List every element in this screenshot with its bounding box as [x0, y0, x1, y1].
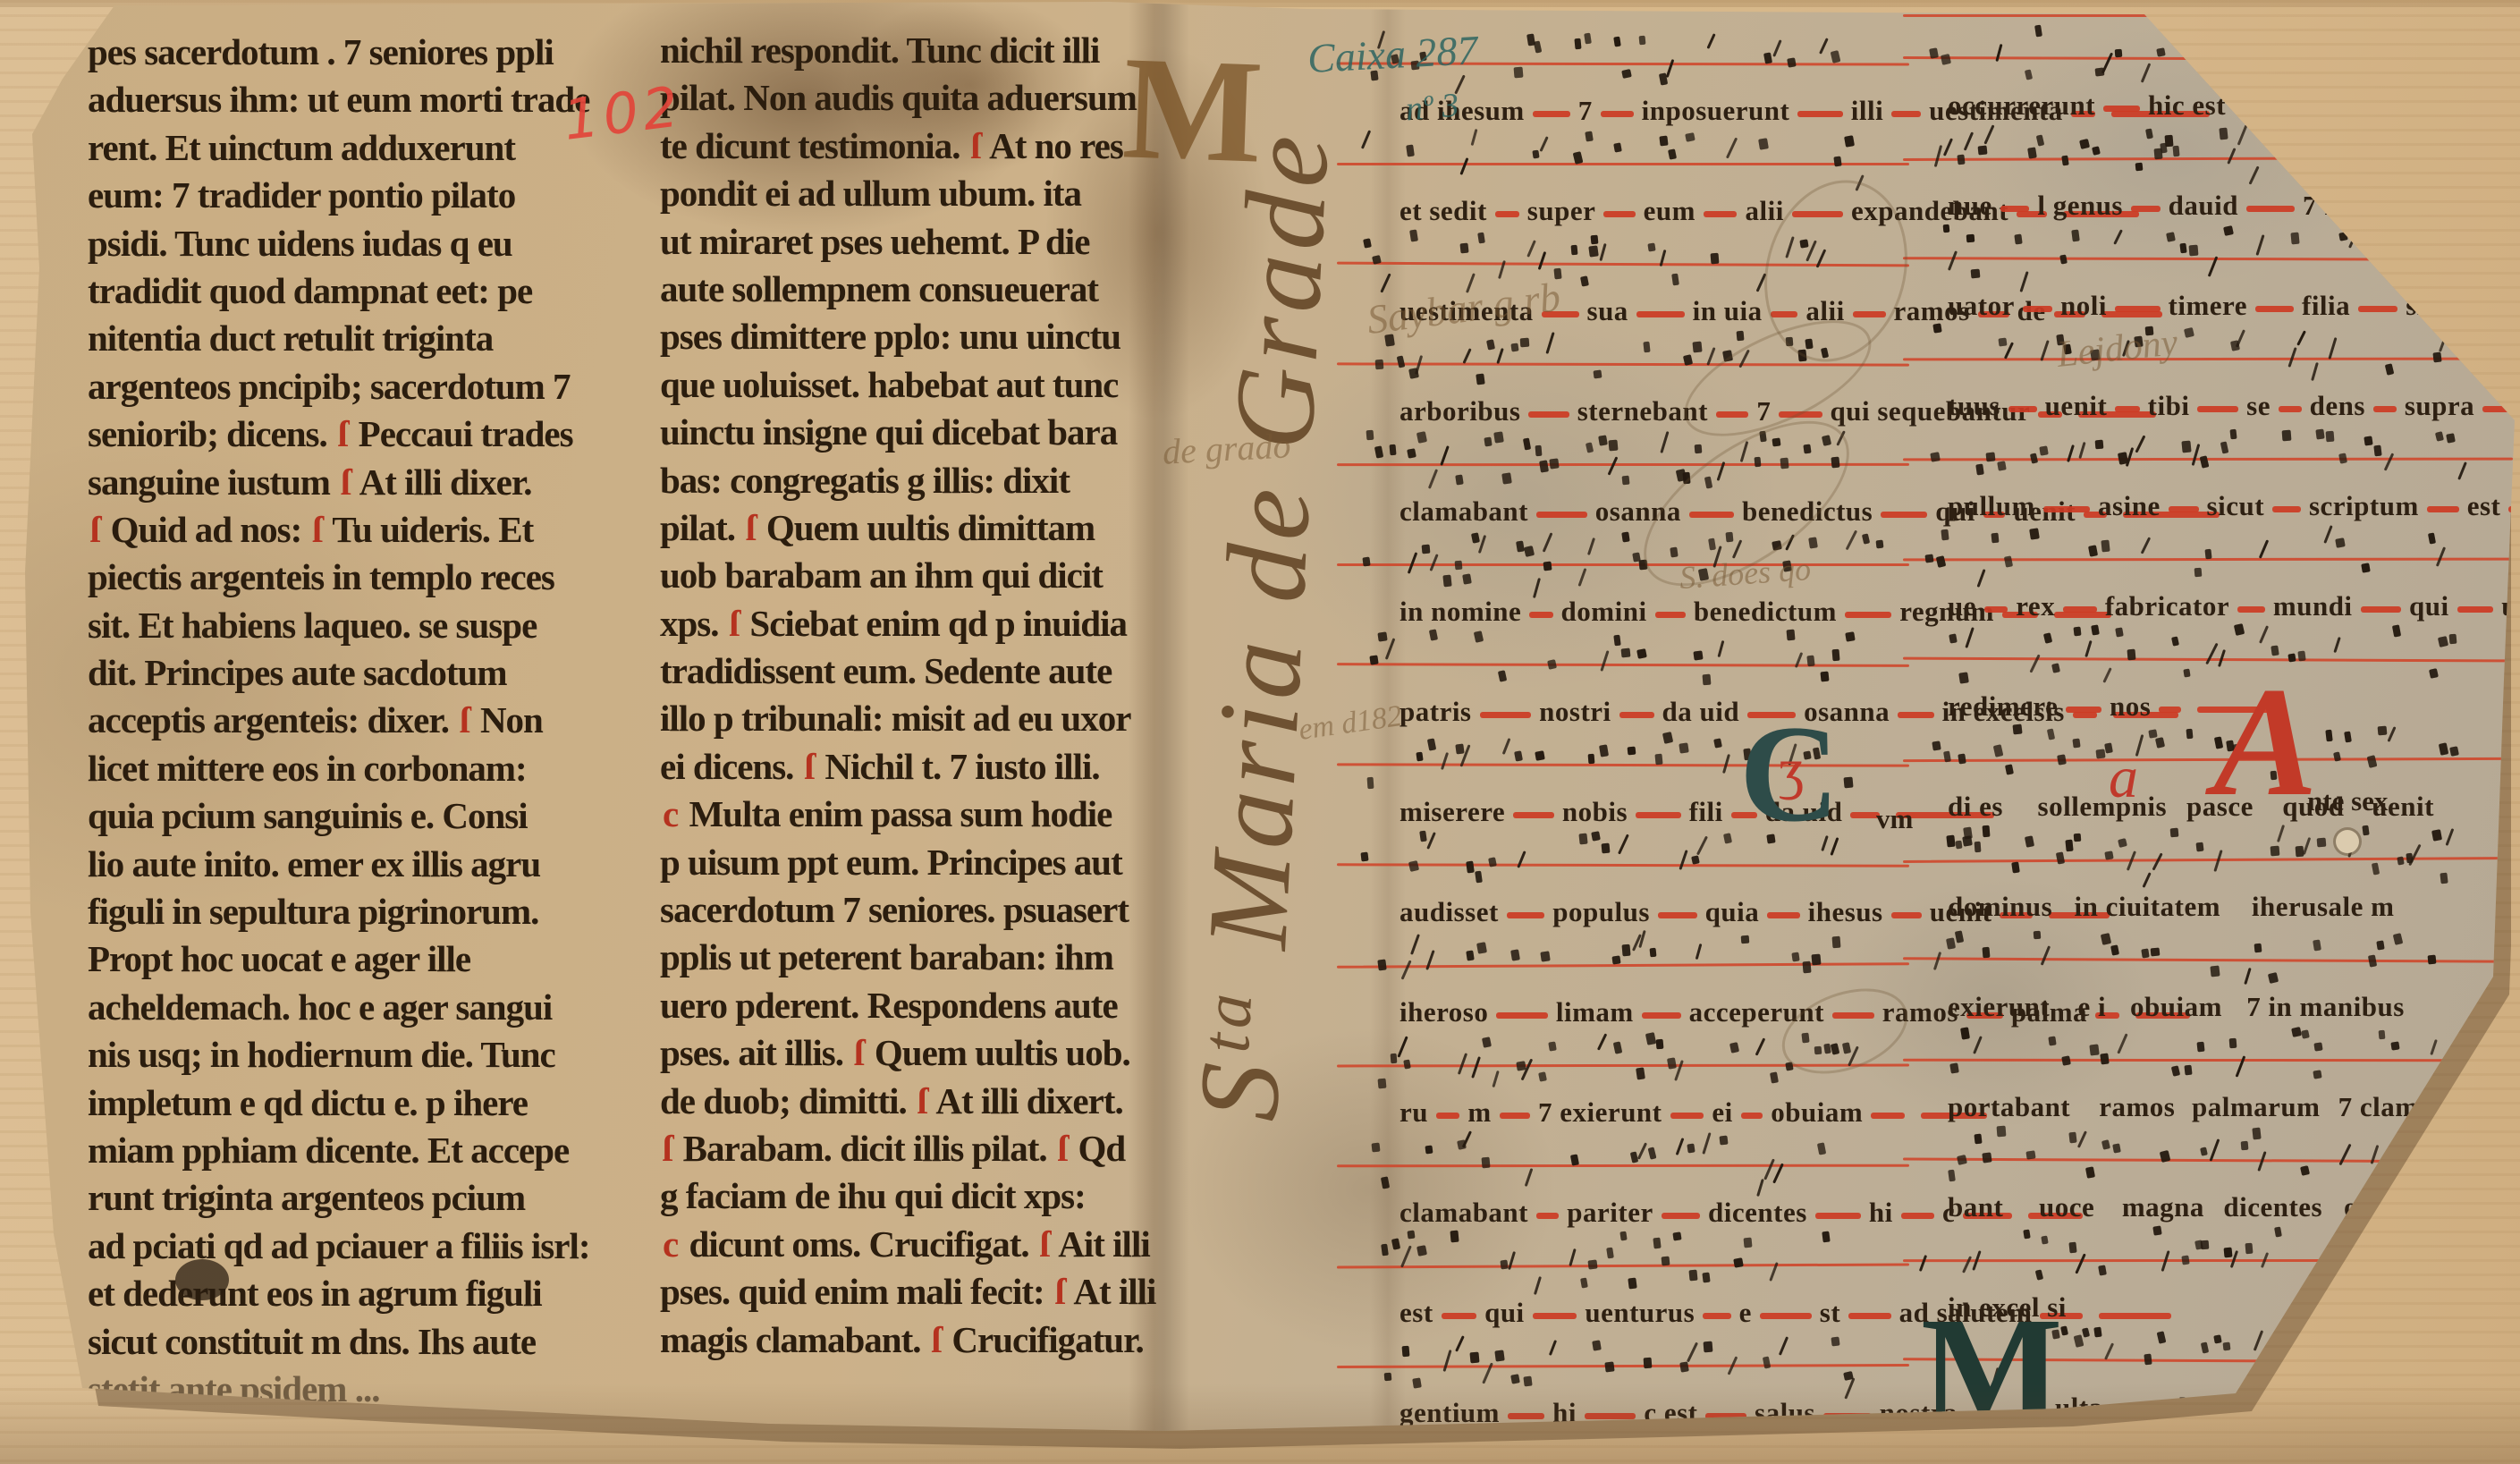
neume-mark: [1620, 648, 1630, 658]
neume-mark: [1809, 537, 1818, 548]
text-run: argenteos pncipib; sacerdotum 7: [88, 366, 571, 407]
neume-mark: [2274, 1226, 2282, 1237]
text-run: sacerdotum 7 seniores. psuasert: [660, 889, 1129, 930]
neume-mark: [1695, 944, 1702, 960]
chant-word: populus: [1552, 896, 1650, 928]
neume-mark: [2034, 931, 2042, 940]
text-run: psidi. Tunc uidens iudas q eu: [88, 223, 512, 264]
text-run: nichil respondit. Tunc dicit illi: [660, 30, 1099, 71]
neume-mark: [2312, 362, 2320, 381]
chant-word: e i: [2078, 991, 2107, 1023]
text-run: eum: 7 tradider pontio pilato: [88, 174, 515, 216]
chant-system: gentiumhic estsalusnostra: [1337, 1329, 1909, 1429]
chant-word: rex: [2264, 89, 2304, 122]
rubric-mark: ſ: [335, 413, 350, 454]
neume-mark: [1975, 463, 1983, 475]
neume-mark: [2401, 1227, 2412, 1248]
text-line: ad pciati qd ad pciauer a filiis isrl:: [88, 1223, 640, 1270]
neume-mark: [2385, 363, 2395, 375]
neume-mark: [1779, 1336, 1789, 1355]
neume-mark: [1543, 561, 1552, 571]
neume-mark: [2043, 632, 2052, 643]
rubric-mark: ſ: [457, 699, 471, 740]
text-line: Propt hoc uocat e ager ille: [88, 935, 640, 983]
neume-mark: [2101, 53, 2113, 74]
chant-word: di es: [1948, 791, 2003, 823]
red-filler-dash: [1767, 912, 1799, 918]
neume-mark: [1587, 537, 1595, 555]
neume-mark: [1983, 946, 1991, 958]
neume-mark: [1450, 1231, 1459, 1243]
chant-system: tuusuenittibisedenssupra: [1903, 322, 2513, 422]
neume-mark: [2455, 327, 2463, 343]
neume-mark: [1929, 48, 1939, 59]
text-line: te dicunt testimonia. ſ At no res: [660, 123, 1161, 170]
chant-word: uator: [1948, 290, 2015, 322]
neume-mark: [1993, 744, 2003, 757]
chant-word: asine: [2098, 490, 2161, 522]
neume-mark: [2323, 1346, 2331, 1366]
neume-mark: [2069, 1242, 2077, 1254]
neume-mark: [1475, 870, 1483, 883]
red-filler-dash: [2115, 306, 2161, 312]
text-line: nis usq; in hodiernum die. Tunc: [88, 1031, 640, 1079]
neume-mark: [2418, 1272, 2427, 1292]
neume-mark: [1687, 1341, 1698, 1362]
staff-line: [1337, 1263, 1909, 1268]
neume-mark: [2179, 243, 2186, 254]
neume-mark: [1655, 1039, 1663, 1050]
neume-mark: [1675, 1060, 1685, 1081]
red-filler-dash: [1500, 1113, 1530, 1119]
neume-mark: [1723, 833, 1732, 843]
red-filler-dash: [2131, 206, 2161, 212]
rubric-mark: ſ: [1053, 1271, 1067, 1312]
neume-mark: [2127, 649, 2136, 661]
neume-mark: [1672, 1232, 1681, 1241]
neume-mark: [1454, 561, 1461, 571]
rubric-mark: ſ: [915, 1080, 929, 1121]
neume-mark: [1510, 1374, 1520, 1384]
neume-mark: [1377, 960, 1386, 971]
chant-word: obuiam: [2130, 991, 2222, 1023]
neume-mark: [1397, 355, 1406, 368]
neume-mark: [1719, 1135, 1728, 1145]
red-filler-dash: [1871, 1113, 1905, 1119]
neume-mark: [2069, 1132, 2078, 1144]
neume-mark: [2371, 863, 2380, 876]
text-line: illo p tribunali: misit ad eu uxor: [660, 695, 1161, 742]
text-run: Quem uultis dimittam: [758, 507, 1095, 548]
chant-word: nue: [1948, 190, 1992, 222]
neume-mark: [1936, 555, 1947, 568]
neume-mark: [2386, 140, 2396, 152]
staff-line: [1903, 757, 2513, 762]
text-line: sit. Et habiens laqueo. se suspe: [88, 602, 640, 649]
neume-mark: [2102, 668, 2111, 684]
chant-word: domini: [1561, 596, 1647, 628]
chant-word: dens: [2310, 390, 2365, 422]
neume-mark: [2079, 442, 2086, 459]
chant-text-line: di essollempnispascequoduenit: [1903, 791, 2520, 823]
neume-mark: [1420, 830, 1428, 842]
neume-mark: [1685, 132, 1695, 142]
text-line: lio aute inito. emer ex illis agru: [88, 841, 640, 888]
text-line: sanguine iustum ſ At illi dixer.: [88, 459, 640, 506]
ink-blot: [175, 1259, 229, 1300]
red-filler-dash: [2373, 406, 2397, 412]
text-line: runt triginta argenteos pcium: [88, 1174, 640, 1222]
neume-mark: [1400, 960, 1411, 980]
neume-mark: [2315, 428, 2325, 439]
neume-mark: [2209, 1139, 2220, 1162]
neume-mark: [1510, 949, 1520, 960]
neume-mark: [2025, 1150, 2035, 1159]
neume-mark: [1481, 1156, 1490, 1168]
chant-text-line: uatornolitimerefiliasioneccerex: [1903, 290, 2520, 322]
neume-mark: [1834, 156, 1842, 166]
neume-mark: [2344, 731, 2352, 742]
neume-mark: [1962, 1256, 1972, 1274]
text-line: tradidit quod dampnat eet: pe: [88, 267, 640, 315]
neume-mark: [2338, 453, 2347, 463]
neume-mark: [1973, 1036, 1983, 1054]
chant-word: nostri: [1539, 696, 1611, 728]
neume-mark: [1932, 740, 1941, 750]
neume-mark: [2005, 765, 2014, 776]
neume-mark: [1366, 777, 1374, 789]
neume-mark: [1943, 224, 1950, 233]
neume-mark: [2061, 155, 2069, 165]
neume-mark: [1638, 930, 1645, 948]
neume-mark: [1375, 360, 1384, 370]
neume-mark: [1366, 430, 1374, 441]
neume-mark: [1416, 431, 1427, 444]
red-filler-dash: [2103, 106, 2140, 112]
red-filler-dash: [1528, 411, 1569, 418]
neume-mark: [2085, 1166, 2096, 1179]
neume-mark: [1971, 268, 1981, 278]
neume-mark: [1806, 656, 1814, 667]
neume-mark: [1459, 157, 1468, 174]
chant-word: hi: [1869, 1197, 1893, 1229]
neume-mark: [2135, 435, 2145, 453]
text-run: Quem uultis uob.: [867, 1032, 1130, 1073]
chant-word: benedictum: [1694, 596, 1837, 628]
red-filler-dash: [2312, 106, 2344, 112]
neume-mark: [1524, 546, 1535, 557]
red-filler-dash: [1704, 211, 1737, 217]
neume-mark: [1474, 631, 1484, 644]
neume-mark: [1579, 833, 1588, 844]
staff-line: [1903, 957, 2513, 962]
chant-word: nos: [2110, 690, 2151, 723]
neume-mark: [2118, 1034, 2128, 1054]
neume-mark: [1820, 38, 1829, 54]
red-filler-dash: [1741, 1113, 1763, 1119]
red-filler-dash: [1670, 1113, 1704, 1119]
red-filler-dash: [1984, 606, 2008, 613]
neume-mark: [1611, 956, 1620, 965]
neume-mark: [2082, 1327, 2090, 1337]
red-filler-dash: [2443, 106, 2480, 112]
chant-word: eum: [1644, 195, 1696, 227]
red-filler-dash: [2358, 306, 2397, 312]
neume-mark: [1991, 533, 2000, 544]
text-line: nitentia duct retulit triginta: [88, 315, 640, 362]
initial-C-teal: C ʒ: [1739, 705, 1839, 843]
neume-mark: [2380, 50, 2390, 63]
text-run: sicut constituit m dns. Ihs aute: [88, 1321, 536, 1362]
neume-mark: [2314, 1043, 2323, 1052]
neume-mark: [2025, 835, 2035, 848]
neume-mark: [1403, 1059, 1411, 1069]
neume-mark: [1428, 469, 1438, 489]
neume-mark: [1360, 852, 1368, 862]
red-filler-dash: [2234, 106, 2256, 112]
chant-system: di essollempnispascequoduenit: [1903, 723, 2513, 823]
text-line: licet mittere eos in corbonam:: [88, 745, 640, 792]
neume-mark: [2237, 124, 2248, 146]
chant-word: supra: [2405, 390, 2474, 422]
chant-word: audisset: [1400, 896, 1499, 928]
neume-mark: [1628, 747, 1636, 756]
staff-line: [1903, 56, 2513, 61]
text-line: pses dimittere pplo: unu uinctu: [660, 313, 1161, 360]
chant-word: scriptum: [2309, 490, 2419, 522]
text-line: ſ Quid ad nos: ſ Tu uideris. Et: [88, 506, 640, 554]
neume-mark: [1965, 627, 1975, 648]
neume-mark: [2344, 161, 2353, 173]
initial-C-tail-text: vm: [1876, 803, 1913, 835]
rubric-mark: ſ: [851, 1032, 866, 1073]
neume-mark: [2047, 729, 2056, 740]
neume-mark: [1549, 1340, 1557, 1356]
red-filler-dash: [2464, 306, 2497, 312]
neume-mark: [1737, 331, 1745, 341]
neume-mark: [2115, 48, 2123, 57]
neume-mark: [2449, 131, 2460, 141]
neume-mark: [2313, 1070, 2321, 1080]
manuscript-photo: pes sacerdotum . 7 seniores ppliaduersus…: [0, 0, 2520, 1464]
neume-mark: [1817, 1143, 1826, 1155]
neume-mark: [1476, 374, 1485, 385]
text-line: pes sacerdotum . 7 seniores ppli: [88, 29, 640, 76]
neume-mark: [2392, 624, 2401, 637]
text-line: pplis ut peterent baraban: ihm: [660, 934, 1161, 981]
neume-mark: [1941, 54, 1951, 65]
neume-mark: [2213, 1335, 2221, 1344]
neume-mark: [1831, 649, 1839, 661]
neume-mark: [2013, 724, 2023, 735]
neume-mark: [2336, 537, 2346, 548]
neume-mark: [2098, 1265, 2106, 1275]
neume-mark: [2316, 838, 2326, 848]
neume-mark: [2449, 634, 2457, 645]
neume-mark: [2166, 232, 2176, 242]
text-line: bas: congregatis g illis: dixit: [660, 457, 1161, 504]
neume-mark: [1471, 532, 1480, 544]
neume-mark: [2303, 837, 2311, 855]
neume-mark: [2101, 1139, 2110, 1150]
neume-mark: [2378, 725, 2388, 735]
staff-line: [1903, 857, 2513, 863]
chant-word: sua: [1587, 295, 1628, 327]
neume-mark: [1919, 1255, 1927, 1272]
red-filler-dash: [1848, 1313, 1890, 1319]
text-run: Barabam. dicit illis pilat.: [674, 1128, 1054, 1169]
neume-mark: [2182, 440, 2192, 453]
neume-mark: [1648, 1147, 1657, 1159]
neume-mark: [1643, 342, 1650, 353]
neume-mark: [1428, 629, 1437, 641]
neume-mark: [1645, 1033, 1655, 1045]
neume-mark: [1704, 1341, 1712, 1353]
red-filler-dash: [2043, 506, 2090, 512]
neume-mark: [2223, 225, 2234, 236]
neume-mark: [2332, 135, 2340, 146]
neume-mark: [1575, 38, 1582, 50]
neume-mark: [1650, 947, 1657, 957]
chant-text-line: bantuocemagnadicentesosanna: [1903, 1191, 2520, 1223]
neume-mark: [1984, 124, 1995, 144]
neume-mark: [1598, 436, 1608, 447]
neume-mark: [1466, 861, 1475, 874]
chant-text-line: uerexfabricatormundiquiuenisti: [1903, 590, 2520, 622]
text-run: dit. Principes aute sacdotum: [88, 652, 507, 693]
neume-mark: [1607, 1248, 1615, 1259]
neume-mark: [2449, 746, 2459, 757]
neume-mark: [1471, 1056, 1481, 1079]
red-filler-dash: [1760, 1313, 1812, 1319]
chant-word: filia: [2302, 290, 2350, 322]
neume-mark: [1636, 648, 1646, 659]
red-filler-dash: [1655, 612, 1686, 618]
text-line: piectis argenteis in templo reces: [88, 554, 640, 601]
chant-word: arboribus: [1400, 395, 1520, 427]
neume-mark: [1958, 753, 1966, 764]
neume-mark: [1369, 655, 1379, 664]
neume-mark: [2255, 234, 2264, 256]
neume-mark: [2241, 1141, 2249, 1150]
text-run: Multa enim passa sum hodie: [681, 793, 1112, 834]
neume-mark: [1409, 229, 1418, 241]
neume-mark: [1377, 1078, 1386, 1088]
neume-mark: [2364, 436, 2372, 446]
neume-mark: [2293, 124, 2301, 135]
chant-text-line: estquiuenturusestad salutem: [1337, 1297, 1972, 1329]
neume-mark: [1540, 136, 1549, 152]
neume-mark: [1763, 1356, 1772, 1368]
neume-mark: [1934, 145, 1942, 166]
chant-word: nobis: [1562, 796, 1628, 828]
neume-mark: [1460, 243, 1469, 254]
red-filler-dash: [1536, 1213, 1559, 1219]
chant-word: ru: [1400, 1096, 1428, 1129]
neume-mark: [2367, 955, 2376, 968]
text-run: pses. ait illis.: [660, 1032, 851, 1073]
neume-mark: [1844, 135, 1855, 147]
neume-mark: [1756, 1179, 1764, 1197]
chant-word: inposuerunt: [1642, 95, 1790, 127]
text-line: sicut constituit m dns. Ihs aute: [88, 1318, 640, 1366]
chant-word: bant: [1948, 1191, 2003, 1223]
red-filler-dash: [1845, 612, 1891, 618]
neume-mark: [2074, 1334, 2084, 1348]
neume-mark: [2252, 1128, 2262, 1140]
neume-mark: [2396, 151, 2404, 169]
passion-text-column-1: pes sacerdotum . 7 seniores ppliaduersus…: [88, 29, 640, 1413]
neume-mark: [2392, 933, 2403, 945]
neume-mark: [1390, 444, 1397, 455]
red-filler-dash: [2361, 606, 2401, 613]
neume-mark: [1948, 1170, 1956, 1182]
red-filler-dash: [1513, 812, 1554, 818]
red-filler-dash: [1619, 712, 1654, 718]
chant-word: israhel: [2352, 89, 2435, 122]
neume-mark: [1622, 476, 1630, 485]
text-run: pses dimittere pplo: unu uinctu: [660, 316, 1120, 357]
text-run: sanguine iustum: [88, 461, 338, 503]
neume-mark: [2446, 829, 2455, 846]
neume-mark: [2049, 1036, 2058, 1045]
text-line: miam pphiam dicente. Et accepe: [88, 1127, 640, 1174]
chant-word: sal: [2469, 190, 2503, 222]
neume-mark: [1662, 732, 1673, 743]
neume-mark: [2011, 862, 2019, 874]
neume-mark: [1621, 531, 1629, 542]
neume-mark: [2328, 337, 2337, 359]
text-run: nitentia duct retulit triginta: [88, 317, 493, 359]
red-filler-dash: [1815, 1213, 1861, 1219]
neume-mark: [1622, 69, 1632, 79]
neume-mark: [1601, 842, 1610, 853]
red-filler-dash: [1662, 1213, 1700, 1219]
chant-word: est: [2467, 490, 2501, 522]
initial-A-tail-text: nte sex: [2307, 785, 2388, 817]
chant-text-line: rum7 exierunteiobuiam: [1337, 1096, 1972, 1129]
neume-mark: [2178, 23, 2187, 36]
neume-mark: [1441, 752, 1449, 770]
neume-mark: [1516, 1061, 1526, 1070]
neume-mark: [2090, 1044, 2100, 1055]
neume-mark: [1791, 952, 1800, 962]
staff-line: [1903, 257, 2513, 261]
red-filler-dash: [2508, 506, 2520, 512]
neume-mark: [1831, 936, 1840, 948]
neume-mark: [2184, 327, 2194, 338]
neume-mark: [2194, 568, 2202, 578]
neume-mark: [1695, 444, 1702, 453]
red-filler-dash: [2482, 406, 2516, 412]
neume-mark: [2304, 147, 2313, 157]
chant-text-line: patrisnostrida uidosannain excelsis: [1337, 696, 1972, 728]
chant-word: clamabant: [1400, 1197, 1528, 1229]
neume-mark: [2254, 1331, 2263, 1351]
neume-mark: [2431, 829, 2441, 841]
text-run: At illi: [1067, 1271, 1155, 1312]
text-line: magis clamabant. ſ Crucifigatur.: [660, 1316, 1161, 1364]
neume-mark: [1391, 1054, 1398, 1064]
rubric-mark: ſ: [743, 507, 757, 548]
neume-mark: [1618, 834, 1629, 855]
neume-mark: [1966, 233, 1975, 242]
neume-mark: [2223, 1341, 2231, 1350]
text-line: c dicunt oms. Crucifigat. ſ Ait illi: [660, 1221, 1161, 1268]
neume-mark: [2321, 37, 2330, 47]
neume-mark: [2184, 668, 2192, 677]
neume-mark: [2204, 549, 2212, 559]
